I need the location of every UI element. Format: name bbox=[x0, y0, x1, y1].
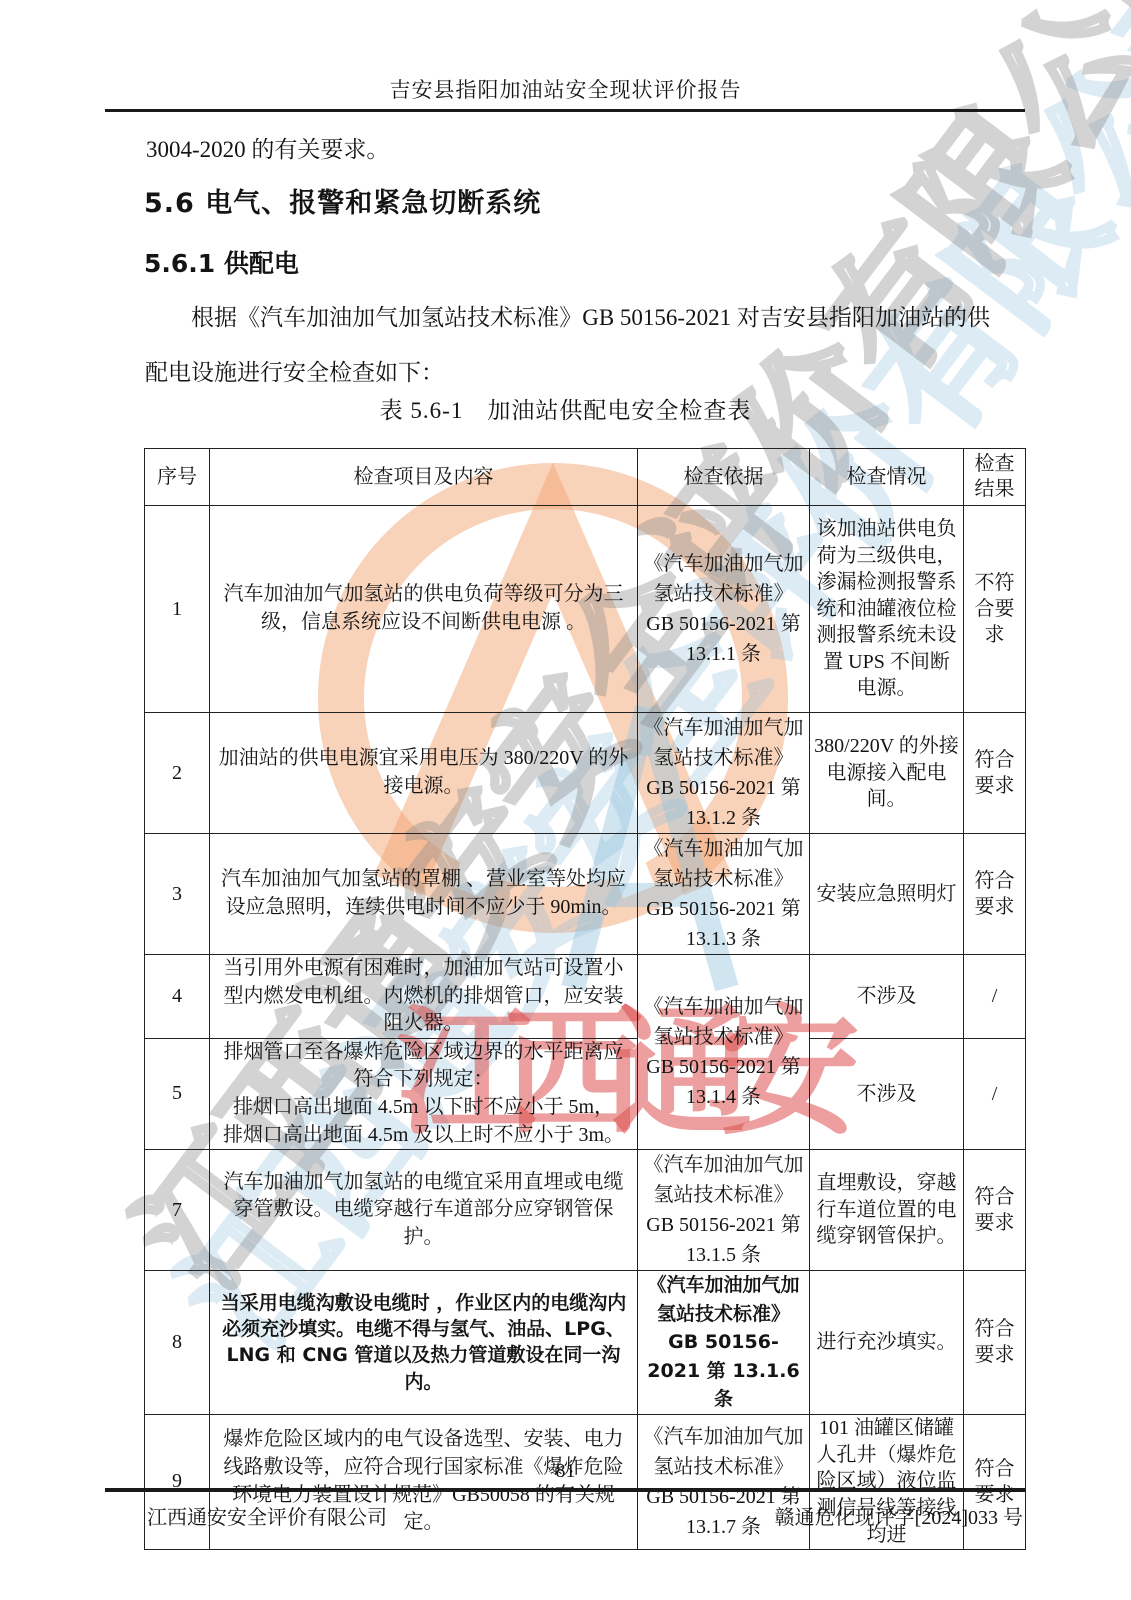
cell-check-situation: 该加油站供电负荷为三级供电，渗漏检测报警系统和油罐液位检测报警系统未设置 UPS… bbox=[810, 506, 964, 713]
power-supply-check-table: 序号检查项目及内容检查依据检查情况检查结果 1汽车加油加气加氢站的供电负荷等级可… bbox=[144, 448, 1026, 1550]
cell-check-item: 当采用电缆沟敷设电缆时 ，作业区内的电缆沟内必须充沙填实。电缆不得与氢气、油品、… bbox=[210, 1271, 638, 1415]
cell-check-result: 符合要求 bbox=[964, 834, 1026, 955]
cell-check-result: 不符合要求 bbox=[964, 506, 1026, 713]
cell-check-item: 汽车加油加气加氢站的电缆宜采用直埋或电缆穿管敷设。电缆穿越行车道部分应穿钢管保护… bbox=[210, 1150, 638, 1271]
table-body: 1汽车加油加气加氢站的供电负荷等级可分为三级，信息系统应设不间断供电电源 。《汽… bbox=[145, 506, 1026, 1550]
table-caption: 表 5.6-1 加油站供配电安全检查表 bbox=[0, 392, 1131, 425]
cell-check-basis: 《汽车加油加气加氢站技术标准》GB 50156-2021 第 13.1.2 条 bbox=[638, 713, 810, 834]
section-heading-5-6-1: 5.6.1 供配电 bbox=[144, 244, 299, 280]
cell-check-result: / bbox=[964, 955, 1026, 1039]
cell-check-basis: 《汽车加油加气加氢站技术标准》GB 50156-2021 第 13.1.4 条 bbox=[638, 955, 810, 1150]
header-rule bbox=[105, 109, 1025, 112]
cell-check-basis: 《汽车加油加气加氢站技术标准》GB 50156-2021 第 13.1.6 条 bbox=[638, 1271, 810, 1415]
column-header: 检查依据 bbox=[638, 449, 810, 506]
cell-seq: 5 bbox=[145, 1038, 210, 1149]
cell-check-result: 符合要求 bbox=[964, 1150, 1026, 1271]
cell-check-situation: 不涉及 bbox=[810, 1038, 964, 1149]
content-layer: 吉安县指阳加油站安全现状评价报告 3004-2020 的有关要求。 5.6 电气… bbox=[0, 0, 1131, 1600]
cell-check-situation: 380/220V 的外接电源接入配电间。 bbox=[810, 713, 964, 834]
cell-check-item: 汽车加油加气加氢站的罩棚 、营业室等处均应设应急照明，连续供电时间不应少于 90… bbox=[210, 834, 638, 955]
cell-check-result: 符合要求 bbox=[964, 713, 1026, 834]
table-row: 7汽车加油加气加氢站的电缆宜采用直埋或电缆穿管敷设。电缆穿越行车道部分应穿钢管保… bbox=[145, 1150, 1026, 1271]
footer-rule bbox=[105, 1488, 1025, 1492]
table-row: 8当采用电缆沟敷设电缆时 ，作业区内的电缆沟内必须充沙填实。电缆不得与氢气、油品… bbox=[145, 1271, 1026, 1415]
cell-check-basis: 《汽车加油加气加氢站技术标准》GB 50156-2021 第 13.1.1 条 bbox=[638, 506, 810, 713]
footer-company-name: 江西通安安全评价有限公司 bbox=[147, 1501, 387, 1530]
column-header: 序号 bbox=[145, 449, 210, 506]
cell-check-situation: 直埋敷设，穿越行车道位置的电缆穿钢管保护。 bbox=[810, 1150, 964, 1271]
table-row: 5排烟管口至各爆炸危险区域边界的水平距离应符合下列规定： 排烟口高出地面 4.5… bbox=[145, 1038, 1026, 1149]
page-number: 81 bbox=[0, 1460, 1131, 1483]
column-header: 检查情况 bbox=[810, 449, 964, 506]
table-row: 2加油站的供电电源宜采用电压为 380/220V 的外接电源。《汽车加油加气加氢… bbox=[145, 713, 1026, 834]
column-header: 检查项目及内容 bbox=[210, 449, 638, 506]
cell-check-item: 汽车加油加气加氢站的供电负荷等级可分为三级，信息系统应设不间断供电电源 。 bbox=[210, 506, 638, 713]
section-heading-5-6: 5.6 电气、报警和紧急切断系统 bbox=[144, 181, 541, 220]
cell-check-situation: 进行充沙填实。 bbox=[810, 1271, 964, 1415]
body-paragraph: 根据《汽车加油加气加氢站技术标准》GB 50156-2021 对吉安县指阳加油站… bbox=[145, 290, 990, 400]
cell-check-situation: 安装应急照明灯 bbox=[810, 834, 964, 955]
cell-check-item: 加油站的供电电源宜采用电压为 380/220V 的外接电源。 bbox=[210, 713, 638, 834]
cell-check-item: 排烟管口至各爆炸危险区域边界的水平距离应符合下列规定： 排烟口高出地面 4.5m… bbox=[210, 1038, 638, 1149]
table-row: 1汽车加油加气加氢站的供电负荷等级可分为三级，信息系统应设不间断供电电源 。《汽… bbox=[145, 506, 1026, 713]
cell-seq: 2 bbox=[145, 713, 210, 834]
footer-document-number: 赣通危化现评字[2024]033 号 bbox=[775, 1501, 1023, 1530]
cell-check-result: / bbox=[964, 1038, 1026, 1149]
table-row: 3汽车加油加气加氢站的罩棚 、营业室等处均应设应急照明，连续供电时间不应少于 9… bbox=[145, 834, 1026, 955]
cell-check-result: 符合要求 bbox=[964, 1271, 1026, 1415]
table-row: 4当引用外电源有困难时，加油加气站可设置小型内燃发电机组。内燃机的排烟管口，应安… bbox=[145, 955, 1026, 1039]
column-header: 检查结果 bbox=[964, 449, 1026, 506]
intro-line: 3004-2020 的有关要求。 bbox=[146, 131, 389, 164]
cell-check-basis: 《汽车加油加气加氢站技术标准》GB 50156-2021 第 13.1.5 条 bbox=[638, 1150, 810, 1271]
table-header: 序号检查项目及内容检查依据检查情况检查结果 bbox=[145, 449, 1026, 506]
cell-seq: 1 bbox=[145, 506, 210, 713]
cell-seq: 4 bbox=[145, 955, 210, 1039]
cell-seq: 3 bbox=[145, 834, 210, 955]
cell-check-situation: 不涉及 bbox=[810, 955, 964, 1039]
cell-check-item: 当引用外电源有困难时，加油加气站可设置小型内燃发电机组。内燃机的排烟管口，应安装… bbox=[210, 955, 638, 1039]
cell-seq: 8 bbox=[145, 1271, 210, 1415]
cell-check-basis: 《汽车加油加气加氢站技术标准》GB 50156-2021 第 13.1.3 条 bbox=[638, 834, 810, 955]
cell-seq: 7 bbox=[145, 1150, 210, 1271]
report-page: 江西通安安全评价有限公司 江西通安安全评价有限公司 江西通安 吉安县指阳加油站安… bbox=[0, 0, 1131, 1600]
page-header-title: 吉安县指阳加油站安全现状评价报告 bbox=[0, 74, 1131, 104]
